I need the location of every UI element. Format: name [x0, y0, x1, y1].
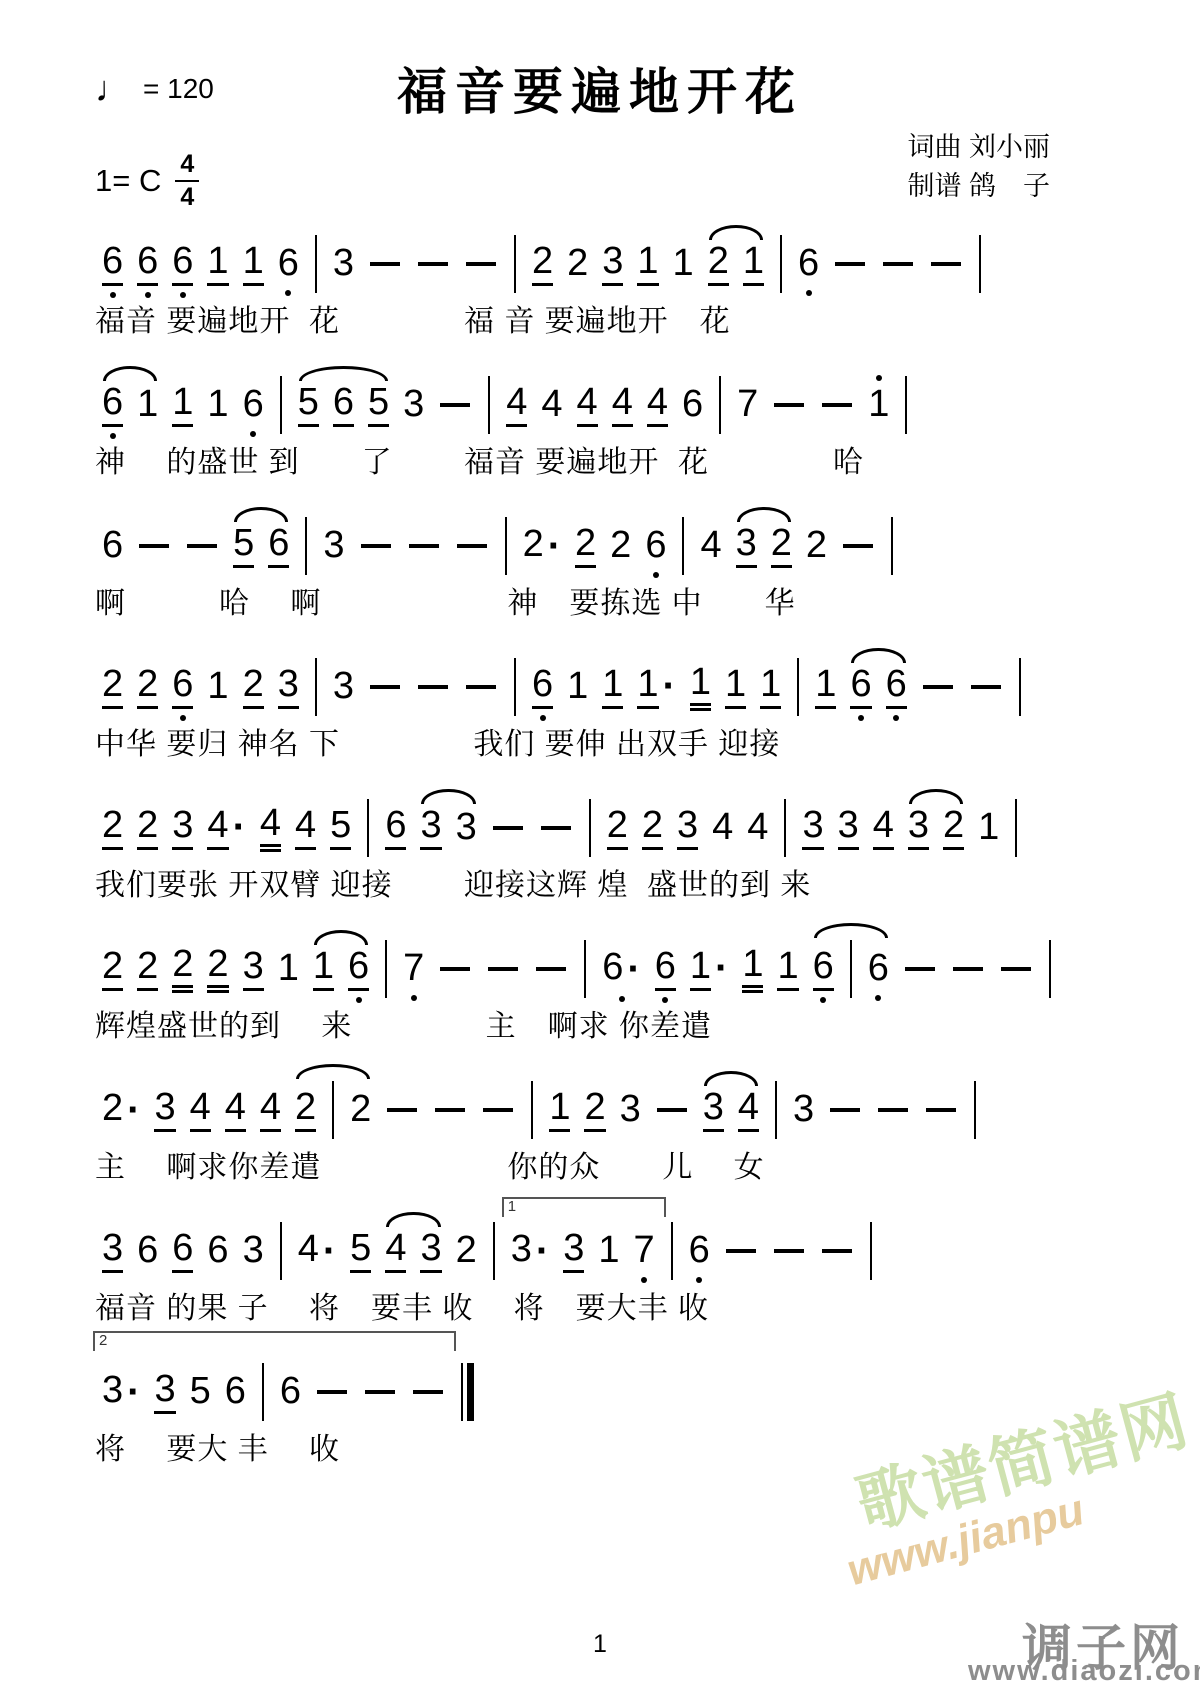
octave-dot-below — [250, 431, 256, 437]
note-number: 3 — [563, 1229, 584, 1273]
note: 1 — [567, 667, 588, 707]
octave-dot-above — [876, 375, 882, 381]
octave-dot-below — [893, 715, 899, 721]
augmentation-dot: · — [627, 948, 640, 990]
credit-notation-maker: 制谱 鸽 子 — [907, 167, 1050, 206]
note-number: 3 — [243, 1231, 264, 1271]
barline — [280, 376, 282, 434]
duration-dash — [971, 685, 1001, 689]
note-number: 3 — [620, 1090, 641, 1130]
duration-dash — [409, 544, 439, 548]
notes-row: 366634·543213·3176 — [95, 1215, 1165, 1287]
final-barline — [461, 1363, 474, 1421]
note-number: 4 — [647, 383, 668, 427]
note: 5 — [368, 383, 389, 427]
note: 1 — [743, 242, 764, 286]
duration-dash — [466, 685, 496, 689]
note-number: 3 — [420, 806, 441, 850]
note-number: 6 — [813, 947, 834, 991]
note-number: 3 — [602, 242, 623, 286]
note-number: 1 — [602, 665, 623, 709]
barline — [905, 376, 907, 434]
duration-dash — [1001, 967, 1031, 971]
lyrics-row: 福音 的果 子 将 要丰 收 将 要大丰 收 — [95, 1289, 1165, 1329]
barline — [671, 1222, 673, 1280]
slur-group: 43 — [378, 1229, 448, 1273]
barline — [385, 940, 387, 998]
note: 3 — [802, 806, 823, 850]
note-number: 1 — [725, 665, 746, 709]
duration-dash — [657, 1108, 687, 1112]
notes-row: 2234·44563322344334321 — [95, 792, 1165, 864]
note: 4 — [506, 383, 527, 427]
octave-dot-below — [110, 292, 116, 298]
note-number: 2 — [708, 242, 729, 286]
note: 2 — [642, 806, 663, 850]
note: 3 — [172, 806, 193, 850]
notes-row: 2·344422123343 — [95, 1074, 1165, 1146]
note: 3· — [102, 1371, 140, 1413]
note: 4 — [738, 1088, 759, 1132]
note: 3 — [333, 667, 354, 707]
duration-dash — [418, 262, 448, 266]
note-number: 1 — [868, 385, 889, 425]
key-signature: 1= C 4 4 — [95, 152, 199, 210]
note: 2 — [137, 665, 158, 709]
slur-group: 22 — [288, 1081, 378, 1139]
note: 2· — [102, 1089, 140, 1131]
note: 6 — [655, 947, 676, 991]
note-number: 2 — [642, 806, 663, 850]
note: 4 — [385, 1229, 406, 1273]
note-number: 2 — [172, 945, 193, 993]
barline — [974, 1081, 976, 1139]
barline — [488, 376, 490, 434]
note-number: 3 — [323, 526, 344, 566]
barline — [775, 1081, 777, 1139]
note: 2 — [102, 806, 123, 850]
note-number: 3 — [838, 806, 859, 850]
note: 1 — [868, 385, 889, 425]
duration-dash — [387, 1108, 417, 1112]
note-number: 6 — [682, 385, 703, 425]
note-number: 4 — [225, 1088, 246, 1132]
barline — [280, 1222, 282, 1280]
note: 1 — [760, 665, 781, 709]
note: 3 — [278, 665, 299, 709]
augmentation-dot: · — [548, 525, 561, 567]
note-number: 2 — [456, 1231, 477, 1271]
watermark-diaozi-url: www.diaozi.com — [968, 1655, 1200, 1688]
note-number: 1 — [690, 663, 711, 711]
note: 1 — [690, 663, 711, 711]
lyrics-row: 啊 哈 啊 神 要拣选 中 华 — [95, 584, 1165, 624]
duration-dash — [139, 544, 169, 548]
barline — [784, 799, 786, 857]
note-number: 1 — [137, 385, 158, 425]
note: 1 — [978, 808, 999, 848]
note-number: 7 — [403, 949, 424, 989]
note-number: 3 — [456, 808, 477, 848]
note: 6 — [243, 385, 264, 425]
duration-dash — [774, 1249, 804, 1253]
note-number: 1 — [690, 947, 711, 991]
note-number: 3 — [793, 1090, 814, 1130]
note-number: 4 — [712, 808, 733, 848]
note-number: 2 — [567, 244, 588, 284]
barline — [780, 235, 782, 293]
notes-row: 65632·2264322 — [95, 510, 1165, 582]
octave-dot-below — [875, 995, 881, 1001]
note-number: 6 — [385, 806, 406, 850]
note: 1 — [278, 949, 299, 989]
note: 3 — [403, 385, 424, 425]
duration-dash — [457, 544, 487, 548]
note-number: 2 — [102, 947, 123, 991]
note: 1 — [815, 665, 836, 709]
note-number: 6 — [172, 1229, 193, 1273]
note: 4 — [647, 383, 668, 427]
note-number: 1 — [549, 1088, 570, 1132]
note-number: 1 — [777, 947, 798, 991]
note-number: 1 — [278, 949, 299, 989]
note-number: 4 — [207, 806, 228, 850]
note: 2 — [567, 244, 588, 284]
credits: 词曲 刘小丽 制谱 鸽 子 — [907, 128, 1050, 206]
duration-dash — [361, 544, 391, 548]
volta-number: 2 — [99, 1332, 107, 1349]
note: 2 — [172, 945, 193, 993]
note-number: 1 — [673, 244, 694, 284]
note-number: 1 — [207, 385, 228, 425]
slur-group: 32 — [729, 524, 799, 568]
duration-dash — [440, 403, 470, 407]
note: 3 — [456, 808, 477, 848]
note: 2 — [102, 947, 123, 991]
note-number: 4 — [506, 383, 527, 427]
note-number: 2 — [584, 1088, 605, 1132]
note-number: 2 — [771, 524, 792, 568]
duration-dash — [905, 967, 935, 971]
note-number: 1 — [207, 667, 228, 707]
duration-dash — [483, 1108, 513, 1112]
note-number: 3 — [154, 1370, 175, 1414]
barline — [891, 517, 893, 575]
note: 6 — [102, 242, 123, 286]
duration-dash — [370, 685, 400, 689]
music-line: 22612336111·111166中华 要归 神名 下 我们 要伸 出双手 迎… — [95, 651, 1165, 765]
note: 6 — [268, 524, 289, 568]
note-number: 7 — [633, 1231, 654, 1271]
octave-dot-below — [356, 997, 362, 1003]
note: 1 — [598, 1231, 619, 1271]
note-number: 4 — [295, 806, 316, 850]
note: 2 — [137, 806, 158, 850]
note: 2 — [771, 524, 792, 568]
note-number: 2 — [207, 945, 228, 993]
note-number: 2 — [137, 806, 158, 850]
note-number: 3 — [736, 524, 757, 568]
note-number: 2 — [102, 806, 123, 850]
note-number: 3 — [333, 244, 354, 284]
barline — [979, 235, 981, 293]
lyrics-row: 我们要张 开双臂 迎接 迎接这辉 煌 盛世的到 来 — [95, 866, 1165, 906]
note-number: 2 — [523, 525, 544, 565]
duration-dash — [923, 685, 953, 689]
barline — [315, 235, 317, 293]
note: 6 — [280, 1372, 301, 1412]
note: 6 — [278, 244, 299, 284]
octave-dot-below — [180, 715, 186, 721]
note: 2 — [137, 947, 158, 991]
slur-group: 56 — [226, 524, 296, 568]
note-number: 5 — [350, 1229, 371, 1273]
barline — [797, 658, 799, 716]
slur-group: 34 — [696, 1088, 766, 1132]
barline — [1019, 658, 1021, 716]
note-number: 6 — [137, 242, 158, 286]
note: 4 — [873, 806, 894, 850]
note: 3 — [703, 1088, 724, 1132]
barline — [315, 658, 317, 716]
duration-dash — [953, 967, 983, 971]
duration-dash — [440, 967, 470, 971]
note-number: 1 — [637, 665, 658, 709]
note-number: 1 — [172, 383, 193, 427]
slur-group: 66 — [806, 940, 896, 998]
note: 6 — [682, 385, 703, 425]
note: 6 — [137, 1231, 158, 1271]
volta-number: 1 — [508, 1198, 516, 1215]
note-number: 6 — [172, 665, 193, 709]
credit-lyricist-composer: 词曲 刘小丽 — [907, 128, 1050, 167]
notes-row: 2222311676·61·1166 — [95, 933, 1165, 1005]
note-number: 4 — [260, 1088, 281, 1132]
note: 2· — [523, 525, 561, 567]
note: 2 — [295, 1088, 316, 1132]
note-number: 1 — [637, 242, 658, 286]
duration-dash — [418, 685, 448, 689]
barline — [262, 1363, 264, 1421]
note-number: 5 — [368, 383, 389, 427]
note: 2 — [575, 524, 596, 568]
note-number: 6 — [102, 383, 123, 427]
slur-group: 565 — [291, 383, 396, 427]
note-number: 6 — [655, 947, 676, 991]
slur-group: 61 — [95, 383, 165, 427]
note: 6 — [532, 665, 553, 709]
octave-dot-below — [653, 572, 659, 578]
note-number: 4 — [873, 806, 894, 850]
note-number: 1 — [207, 242, 228, 286]
note-number: 4 — [298, 1230, 319, 1270]
note-number: 1 — [598, 1231, 619, 1271]
note: 3 — [420, 806, 441, 850]
duration-dash — [493, 826, 523, 830]
note-number: 2 — [243, 665, 264, 709]
note: 4 — [190, 1088, 211, 1132]
barline — [305, 517, 307, 575]
duration-dash — [822, 403, 852, 407]
note: 1 — [243, 242, 264, 286]
barline — [589, 799, 591, 857]
note: 5 — [330, 806, 351, 850]
note: 1 — [172, 383, 193, 427]
note: 6 — [348, 947, 369, 991]
note-number: 3 — [802, 806, 823, 850]
note-number: 2 — [295, 1088, 316, 1132]
key-text: 1= C — [95, 163, 161, 199]
volta-group: 23·3566 — [95, 1363, 452, 1421]
note: 6 — [333, 383, 354, 427]
note: 2 — [708, 242, 729, 286]
note: 4 — [712, 808, 733, 848]
note: 6 — [207, 1231, 228, 1271]
lyrics-row: 神 的盛世 到 了 福音 要遍地开 花 哈 — [95, 443, 1165, 483]
note: 1 — [673, 244, 694, 284]
music-line: 2222311676·61·1166辉煌盛世的到 来 主 啊求 你差遣 — [95, 933, 1165, 1047]
note: 3· — [511, 1230, 549, 1272]
octave-dot-below — [641, 1277, 647, 1283]
note: 2 — [806, 526, 827, 566]
note-number: 1 — [760, 665, 781, 709]
note: 4 — [541, 385, 562, 425]
note-number: 2 — [102, 1089, 123, 1129]
duration-dash — [187, 544, 217, 548]
duration-dash — [536, 967, 566, 971]
note: 2 — [607, 806, 628, 850]
octave-dot-below — [696, 1277, 702, 1283]
note-number: 6 — [333, 383, 354, 427]
slur-group: 33 — [413, 806, 483, 850]
note: 1 — [207, 385, 228, 425]
note: 5 — [298, 383, 319, 427]
note: 1 — [777, 947, 798, 991]
note-number: 2 — [806, 526, 827, 566]
note-number: 3 — [102, 1371, 123, 1411]
note-number: 5 — [330, 806, 351, 850]
note: 6 — [886, 665, 907, 709]
note: 2 — [243, 665, 264, 709]
note-number: 1 — [743, 242, 764, 286]
note-number: 2 — [137, 665, 158, 709]
augmentation-dot: · — [127, 1089, 140, 1131]
barline — [584, 940, 586, 998]
barline — [514, 658, 516, 716]
note-number: 1 — [742, 945, 763, 993]
note-number: 4 — [700, 526, 721, 566]
notes-row: 61116565344444671 — [95, 369, 1165, 441]
note: 2 — [610, 526, 631, 566]
note-number: 4 — [385, 1229, 406, 1273]
note: 3 — [677, 806, 698, 850]
music-line: 666116322311216福音 要遍地开 花 福 音 要遍地开 花 — [95, 228, 1165, 342]
note: 4 — [295, 806, 316, 850]
lyrics-row: 中华 要归 神名 下 我们 要伸 出双手 迎接 — [95, 725, 1165, 765]
note: 3 — [243, 947, 264, 991]
note: 1 — [313, 947, 334, 991]
note: 3 — [838, 806, 859, 850]
note: 3 — [154, 1370, 175, 1414]
note-number: 6 — [137, 1231, 158, 1271]
note-number: 3 — [278, 665, 299, 709]
augmentation-dot: · — [127, 1371, 140, 1413]
notes-row: 666116322311216 — [95, 228, 1165, 300]
note: 3 — [323, 526, 344, 566]
note-number: 3 — [154, 1088, 175, 1132]
note: 2 — [584, 1088, 605, 1132]
note-number: 3 — [420, 1229, 441, 1273]
augmentation-dot: · — [663, 665, 676, 707]
note: 6 — [689, 1231, 710, 1271]
note-number: 3 — [703, 1088, 724, 1132]
octave-dot-below — [619, 996, 625, 1002]
note: 3 — [243, 1231, 264, 1271]
note-number: 2 — [575, 524, 596, 568]
note: 5 — [233, 524, 254, 568]
final-barline-thick — [467, 1363, 474, 1421]
note-number: 6 — [268, 524, 289, 568]
note: 1 — [207, 242, 228, 286]
note: 1· — [637, 665, 675, 709]
note-number: 6 — [532, 665, 553, 709]
note-number: 2 — [137, 947, 158, 991]
note: 4 — [260, 1088, 281, 1132]
note: 7 — [403, 949, 424, 989]
note: 4 — [260, 804, 281, 852]
note: 2 — [456, 1231, 477, 1271]
note: 6 — [645, 526, 666, 566]
music-notation: 666116322311216福音 要遍地开 花 福 音 要遍地开 花61116… — [95, 228, 1165, 1497]
lyrics-row: 主 啊求你差遣 你的众 儿 女 — [95, 1148, 1165, 1188]
duration-dash — [835, 262, 865, 266]
octave-dot-below — [820, 997, 826, 1003]
note: 4· — [298, 1230, 336, 1272]
note-number: 6 — [868, 949, 889, 989]
note: 1 — [549, 1088, 570, 1132]
duration-dash — [822, 1249, 852, 1253]
note-number: 2 — [610, 526, 631, 566]
octave-dot-below — [662, 997, 668, 1003]
note: 4 — [577, 383, 598, 427]
note-number: 6 — [798, 244, 819, 284]
note-number: 6 — [102, 526, 123, 566]
octave-dot-below — [806, 290, 812, 296]
duration-dash — [830, 1108, 860, 1112]
note: 2 — [943, 806, 964, 850]
barline — [682, 517, 684, 575]
note: 2 — [532, 242, 553, 286]
note-number: 4 — [260, 804, 281, 852]
barline — [505, 517, 507, 575]
note-number: 6 — [850, 665, 871, 709]
note: 3 — [154, 1088, 175, 1132]
duration-dash — [541, 826, 571, 830]
note: 6 — [850, 665, 871, 709]
music-line: 65632·2264322啊 哈 啊 神 要拣选 中 华 — [95, 510, 1165, 624]
barline — [531, 1081, 533, 1139]
note-number: 6 — [102, 242, 123, 286]
augmentation-dot: · — [715, 947, 728, 989]
duration-dash — [317, 1390, 347, 1394]
note-number: 2 — [943, 806, 964, 850]
note: 3 — [736, 524, 757, 568]
octave-dot-below — [110, 433, 116, 439]
note: 3 — [563, 1229, 584, 1273]
slur-group: 16 — [306, 947, 376, 991]
note: 3 — [908, 806, 929, 850]
note-number: 6 — [689, 1231, 710, 1271]
